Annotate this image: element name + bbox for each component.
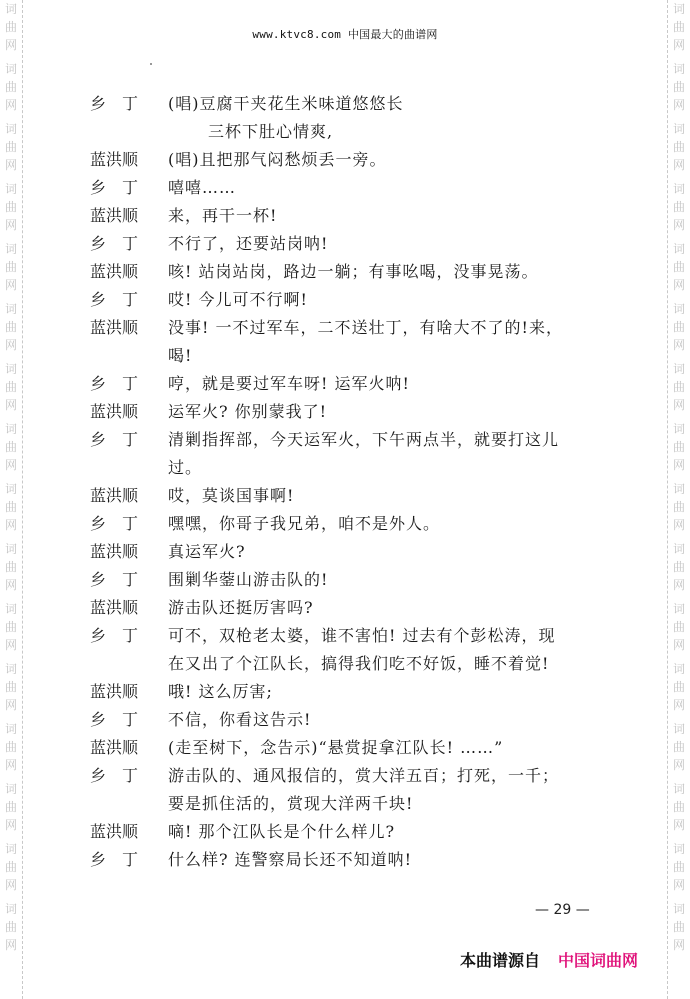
watermark-group: 词曲网 [0,660,22,714]
speaker-name: 乡 丁 [90,370,168,398]
watermark-char: 网 [673,936,685,954]
watermark-group: 词曲网 [0,720,22,774]
watermark-group: 词曲网 [668,780,690,834]
watermark-group: 词曲网 [668,720,690,774]
watermark-char: 曲 [5,318,17,336]
dialogue-line: 乡 丁哼，就是要过军车呀! 运军火呐! [90,370,630,398]
dialogue-text: 嘿嘿，你哥子我兄弟，咱不是外人。 [168,510,630,538]
dialogue-line: 蓝洪顺来，再干一杯! [90,202,630,230]
watermark-char: 词 [673,660,685,678]
dialogue-line: 过。 [90,454,630,482]
dialogue-text: 在又出了个江队长，搞得我们吃不好饭，睡不着觉! [168,650,630,678]
speaker-name: 蓝洪顺 [90,734,168,762]
dialogue-text: 围剿华蓥山游击队的! [168,566,630,594]
watermark-char: 词 [673,240,685,258]
watermark-char: 曲 [5,258,17,276]
watermark-char: 词 [673,540,685,558]
watermark-char: 词 [5,840,17,858]
dialogue-line: 乡 丁不行了，还要站岗呐! [90,230,630,258]
dialogue-line: 在又出了个江队长，搞得我们吃不好饭，睡不着觉! [90,650,630,678]
speaker-name: 蓝洪顺 [90,818,168,846]
watermark-char: 词 [5,180,17,198]
dialogue-line: 蓝洪顺哦! 这么厉害; [90,678,630,706]
dialogue-line: 乡 丁可不，双枪老太婆，谁不害怕! 过去有个彭松涛，现 [90,622,630,650]
watermark-char: 网 [673,576,685,594]
watermark-char: 词 [673,780,685,798]
watermark-char: 曲 [673,858,685,876]
watermark-char: 词 [673,720,685,738]
watermark-group: 词曲网 [668,480,690,534]
speaker-name: 蓝洪顺 [90,258,168,286]
speaker-name: 蓝洪顺 [90,538,168,566]
watermark-char: 网 [5,696,17,714]
speaker-name: 乡 丁 [90,622,168,650]
watermark-char: 网 [5,636,17,654]
watermark-char: 词 [673,60,685,78]
right-watermark-strip: 词曲网词曲网词曲网词曲网词曲网词曲网词曲网词曲网词曲网词曲网词曲网词曲网词曲网词… [667,0,690,999]
dialogue-text: 喝! [168,342,630,370]
watermark-char: 词 [673,480,685,498]
watermark-char: 词 [5,60,17,78]
watermark-char: 曲 [673,438,685,456]
watermark-char: 曲 [673,798,685,816]
watermark-char: 曲 [673,498,685,516]
watermark-char: 曲 [5,918,17,936]
watermark-char: 词 [5,720,17,738]
dialogue-line: 蓝洪顺真运军火? [90,538,630,566]
watermark-group: 词曲网 [668,420,690,474]
speaker-name: 乡 丁 [90,566,168,594]
dialogue-line: 蓝洪顺(走至树下，念告示)“悬赏捉拿江队长! ……” [90,734,630,762]
dialogue-line: 乡 丁嘻嘻…… [90,174,630,202]
watermark-group: 词曲网 [0,60,22,114]
watermark-char: 曲 [5,678,17,696]
dialogue-text: 可不，双枪老太婆，谁不害怕! 过去有个彭松涛，现 [168,622,630,650]
dialogue-text: 游击队还挺厉害吗? [168,594,630,622]
watermark-char: 词 [5,900,17,918]
watermark-char: 曲 [673,378,685,396]
watermark-group: 词曲网 [668,540,690,594]
watermark-char: 曲 [673,198,685,216]
watermark-char: 曲 [673,78,685,96]
watermark-char: 网 [673,216,685,234]
dialogue-text: 咳! 站岗站岗，路边一躺；有事吆喝，没事晃荡。 [168,258,630,286]
dialogue-text: (唱)豆腐干夹花生米味道悠悠长 [168,90,630,118]
speaker-name: 蓝洪顺 [90,594,168,622]
watermark-char: 词 [5,360,17,378]
watermark-group: 词曲网 [0,180,22,234]
dialogue-text: 真运军火? [168,538,630,566]
watermark-char: 词 [5,240,17,258]
watermark-char: 网 [673,636,685,654]
watermark-char: 词 [673,360,685,378]
watermark-group: 词曲网 [0,780,22,834]
speaker-name: 蓝洪顺 [90,482,168,510]
watermark-char: 词 [673,600,685,618]
watermark-char: 曲 [5,378,17,396]
speaker-name: 蓝洪顺 [90,202,168,230]
watermark-char: 网 [5,276,17,294]
watermark-char: 曲 [673,138,685,156]
footer-source: 本曲谱源自 中国词曲网 [460,948,638,971]
dialogue-text: 游击队的、通风报信的，赏大洋五百；打死，一千； [168,762,630,790]
watermark-group: 词曲网 [668,300,690,354]
dialogue-text: (走至树下，念告示)“悬赏捉拿江队长! ……” [168,734,630,762]
dialogue-text: 过。 [168,454,630,482]
watermark-char: 网 [673,516,685,534]
speaker-name: 乡 丁 [90,762,168,790]
header-url: www.ktvc8.com [252,28,341,41]
watermark-char: 词 [673,420,685,438]
watermark-group: 词曲网 [0,420,22,474]
watermark-char: 网 [5,516,17,534]
watermark-group: 词曲网 [668,660,690,714]
watermark-group: 词曲网 [0,300,22,354]
watermark-char: 网 [5,396,17,414]
watermark-char: 词 [5,600,17,618]
speaker-name: 乡 丁 [90,846,168,874]
watermark-char: 曲 [5,198,17,216]
dialogue-text: 三杯下肚心情爽, [168,118,630,146]
dialogue-line: 乡 丁什么样? 连警察局长还不知道呐! [90,846,630,874]
watermark-char: 网 [673,96,685,114]
watermark-char: 网 [5,336,17,354]
watermark-char: 网 [5,876,17,894]
speaker-name: 乡 丁 [90,286,168,314]
watermark-char: 曲 [5,138,17,156]
dialogue-text: 哎，莫谈国事啊! [168,482,630,510]
watermark-char: 网 [673,756,685,774]
watermark-group: 词曲网 [0,120,22,174]
dialogue-line: 三杯下肚心情爽, [90,118,630,146]
watermark-char: 词 [5,120,17,138]
watermark-group: 词曲网 [668,240,690,294]
watermark-group: 词曲网 [668,600,690,654]
dialogue-line: 喝! [90,342,630,370]
watermark-char: 曲 [673,678,685,696]
dialogue-line: 乡 丁围剿华蓥山游击队的! [90,566,630,594]
scan-speck [150,63,152,65]
dialogue-text: 没事! 一不过军车，二不送壮丁，有啥大不了的!来， [168,314,630,342]
dialogue-text: 不行了，还要站岗呐! [168,230,630,258]
page-number: — 29 — [535,902,590,918]
dialogue-text: 嘀! 那个江队长是个什么样儿? [168,818,630,846]
dialogue-line: 蓝洪顺没事! 一不过军车，二不送壮丁，有啥大不了的!来， [90,314,630,342]
watermark-char: 网 [5,456,17,474]
watermark-char: 网 [673,276,685,294]
watermark-char: 曲 [673,738,685,756]
dialogue-text: 哎! 今儿可不行啊! [168,286,630,314]
watermark-char: 词 [673,0,685,18]
dialogue-line: 蓝洪顺咳! 站岗站岗，路边一躺；有事吆喝，没事晃荡。 [90,258,630,286]
watermark-group: 词曲网 [0,480,22,534]
dialogue-line: 蓝洪顺游击队还挺厉害吗? [90,594,630,622]
watermark-char: 词 [5,540,17,558]
dialogue-text: 不信，你看这告示! [168,706,630,734]
watermark-char: 曲 [5,78,17,96]
speaker-name: 乡 丁 [90,706,168,734]
watermark-char: 词 [5,480,17,498]
watermark-char: 词 [673,180,685,198]
watermark-char: 曲 [5,798,17,816]
footer-site-link[interactable]: 中国词曲网 [558,948,638,971]
dialogue-line: 蓝洪顺运军火? 你别蒙我了! [90,398,630,426]
dialogue-line: 蓝洪顺(唱)且把那气闷愁烦丢一旁。 [90,146,630,174]
dialogue-text: 什么样? 连警察局长还不知道呐! [168,846,630,874]
watermark-char: 网 [673,816,685,834]
watermark-group: 词曲网 [668,120,690,174]
page-header: www.ktvc8.com 中国最大的曲谱网 [0,26,690,42]
speaker-name: 乡 丁 [90,230,168,258]
watermark-char: 词 [673,120,685,138]
watermark-char: 网 [5,96,17,114]
speaker-name: 蓝洪顺 [90,146,168,174]
watermark-char: 网 [5,816,17,834]
watermark-group: 词曲网 [0,360,22,414]
watermark-char: 词 [5,660,17,678]
dialogue-text: 嘻嘻…… [168,174,630,202]
watermark-char: 曲 [673,558,685,576]
watermark-char: 网 [5,216,17,234]
watermark-group: 词曲网 [0,240,22,294]
watermark-char: 网 [673,456,685,474]
speaker-name: 乡 丁 [90,90,168,118]
dialogue-line: 蓝洪顺嘀! 那个江队长是个什么样儿? [90,818,630,846]
watermark-char: 词 [5,420,17,438]
watermark-group: 词曲网 [668,180,690,234]
speaker-name: 乡 丁 [90,510,168,538]
watermark-char: 曲 [673,318,685,336]
dialogue-line: 乡 丁嘿嘿，你哥子我兄弟，咱不是外人。 [90,510,630,538]
watermark-char: 网 [5,156,17,174]
dialogue-text: 清剿指挥部，今天运军火，下午两点半，就要打这儿 [168,426,630,454]
footer-source-label: 本曲谱源自 [460,948,540,971]
script-dialogue: 乡 丁(唱)豆腐干夹花生米味道悠悠长三杯下肚心情爽,蓝洪顺(唱)且把那气闷愁烦丢… [90,90,630,874]
watermark-char: 词 [5,300,17,318]
dialogue-text: (唱)且把那气闷愁烦丢一旁。 [168,146,630,174]
watermark-group: 词曲网 [668,360,690,414]
watermark-char: 网 [5,936,17,954]
speaker-name: 蓝洪顺 [90,314,168,342]
watermark-char: 网 [5,576,17,594]
dialogue-text: 运军火? 你别蒙我了! [168,398,630,426]
watermark-group: 词曲网 [0,900,22,954]
watermark-char: 曲 [5,558,17,576]
watermark-group: 词曲网 [668,840,690,894]
dialogue-text: 哼，就是要过军车呀! 运军火呐! [168,370,630,398]
watermark-char: 词 [5,780,17,798]
dialogue-text: 来，再干一杯! [168,202,630,230]
watermark-group: 词曲网 [0,600,22,654]
dialogue-text: 哦! 这么厉害; [168,678,630,706]
dialogue-line: 蓝洪顺哎，莫谈国事啊! [90,482,630,510]
dialogue-text: 要是抓住活的，赏现大洋两千块! [168,790,630,818]
header-tagline: 中国最大的曲谱网 [348,28,438,41]
watermark-char: 网 [673,876,685,894]
watermark-char: 曲 [5,438,17,456]
watermark-char: 曲 [5,738,17,756]
dialogue-line: 乡 丁游击队的、通风报信的，赏大洋五百；打死，一千； [90,762,630,790]
watermark-char: 曲 [673,918,685,936]
watermark-group: 词曲网 [0,540,22,594]
watermark-group: 词曲网 [668,60,690,114]
watermark-char: 网 [673,696,685,714]
dialogue-line: 要是抓住活的，赏现大洋两千块! [90,790,630,818]
left-watermark-strip: 词曲网词曲网词曲网词曲网词曲网词曲网词曲网词曲网词曲网词曲网词曲网词曲网词曲网词… [0,0,23,999]
watermark-char: 词 [673,840,685,858]
watermark-char: 网 [673,396,685,414]
dialogue-line: 乡 丁清剿指挥部，今天运军火，下午两点半，就要打这儿 [90,426,630,454]
watermark-group: 词曲网 [668,900,690,954]
watermark-char: 词 [673,300,685,318]
speaker-name: 蓝洪顺 [90,398,168,426]
speaker-name: 乡 丁 [90,174,168,202]
watermark-group: 词曲网 [0,840,22,894]
watermark-char: 网 [5,756,17,774]
watermark-char: 网 [673,156,685,174]
watermark-char: 词 [5,0,17,18]
watermark-char: 曲 [5,618,17,636]
watermark-char: 网 [673,336,685,354]
watermark-char: 词 [673,900,685,918]
dialogue-line: 乡 丁(唱)豆腐干夹花生米味道悠悠长 [90,90,630,118]
watermark-char: 曲 [5,858,17,876]
watermark-char: 曲 [673,618,685,636]
dialogue-line: 乡 丁哎! 今儿可不行啊! [90,286,630,314]
speaker-name: 蓝洪顺 [90,678,168,706]
watermark-char: 曲 [673,258,685,276]
watermark-char: 曲 [5,498,17,516]
dialogue-line: 乡 丁不信，你看这告示! [90,706,630,734]
speaker-name: 乡 丁 [90,426,168,454]
